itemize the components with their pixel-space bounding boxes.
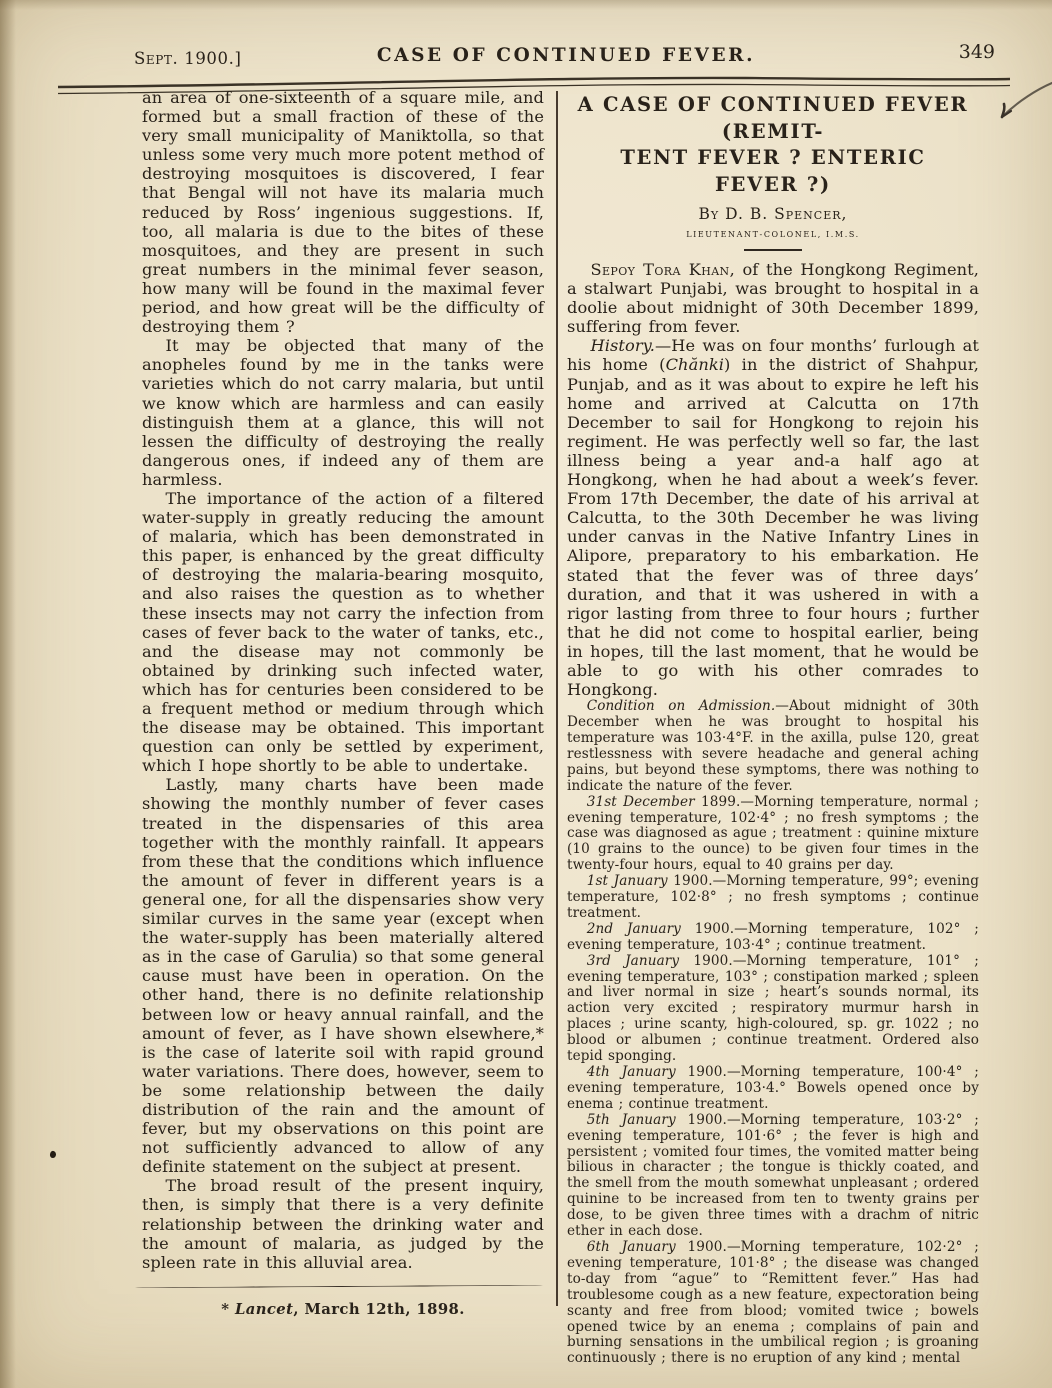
- italic-text-segment: 31st December: [587, 794, 695, 810]
- footnote-rule: [134, 1285, 544, 1289]
- paragraph: 5th January 1900.—Morning temperature, 1…: [567, 1113, 979, 1240]
- italic-text-segment: 4th January: [587, 1064, 676, 1080]
- right-column: A CASE OF CONTINUED FEVER (REMIT- TENT F…: [567, 92, 979, 1367]
- paragraph: 1st January 1900.—Morning temperature, 9…: [567, 874, 979, 922]
- paragraph: It may be objected that many of the anop…: [142, 336, 544, 489]
- paragraph: 6th January 1900.—Morning temperature, 1…: [567, 1240, 979, 1367]
- italic-text-segment: 5th January: [587, 1112, 676, 1128]
- footnote-source: Lancet: [235, 1301, 293, 1318]
- right-column-text: Sepoy Tora Khan, of the Hongkong Regimen…: [567, 260, 979, 1367]
- article-title-line1: A CASE OF CONTINUED FEVER (REMIT-: [567, 92, 979, 145]
- text-segment: The importance of the action of a filter…: [142, 489, 544, 775]
- article-title: A CASE OF CONTINUED FEVER (REMIT- TENT F…: [567, 92, 979, 198]
- paragraph: Condition on Admission.—About midnight o…: [567, 699, 979, 794]
- italic-text-segment: 3rd January: [587, 953, 679, 969]
- text-segment: It may be objected that many of the anop…: [142, 336, 544, 489]
- header-page-number: 349: [959, 41, 995, 63]
- text-segment: ) in the district of Shahpur, Punjab, an…: [567, 355, 979, 699]
- italic-text-segment: Chănki: [666, 355, 724, 374]
- smallcaps-text-segment: Sepoy Tora Khan: [590, 260, 729, 279]
- italic-text-segment: 2nd January: [587, 921, 681, 937]
- italic-text-segment: History.: [590, 336, 655, 355]
- paragraph: The importance of the action of a filter…: [142, 489, 544, 775]
- text-segment: Lastly, many charts have been made showi…: [142, 775, 544, 1176]
- header-running-title: CASE OF CONTINUED FEVER.: [140, 45, 992, 66]
- pen-check-mark-icon: [986, 78, 1052, 130]
- text-segment: an area of one-sixteenth of a square mil…: [142, 88, 544, 336]
- journal-page: Sept. 1900.] CASE OF CONTINUED FEVER. 34…: [0, 0, 1052, 1388]
- article-author-rank: Lieutenant-Colonel, I.M.S.: [567, 226, 979, 240]
- article-byline: By D. B. Spencer,: [567, 205, 979, 223]
- footnote-marker: *: [221, 1301, 235, 1318]
- paragraph: Sepoy Tora Khan, of the Hongkong Regimen…: [567, 260, 979, 336]
- page-edge-shadow: [0, 0, 16, 1388]
- paragraph: History.—He was on four months’ furlough…: [567, 336, 979, 699]
- text-segment: The broad result of the present inquiry,…: [142, 1176, 544, 1271]
- text-segment: 1900.—Morning temperature, 101° ; evenin…: [567, 953, 979, 1064]
- paragraph: The broad result of the present inquiry,…: [142, 1176, 544, 1271]
- footnote: * Lancet, March 12th, 1898.: [142, 1301, 544, 1318]
- paragraph: 4th January 1900.—Morning temperature, 1…: [567, 1065, 979, 1113]
- text-segment: 1900.—Morning temperature, 102·2° ; even…: [567, 1239, 979, 1366]
- paragraph: Lastly, many charts have been made showi…: [142, 775, 544, 1176]
- italic-text-segment: Condition on Admission.: [587, 698, 776, 714]
- footnote-rest: , March 12th, 1898.: [293, 1301, 464, 1318]
- paragraph: 3rd January 1900.—Morning temperature, 1…: [567, 954, 979, 1065]
- ink-spot: [49, 1150, 57, 1159]
- column-divider-rule: [556, 91, 558, 1306]
- article-title-line2: TENT FEVER ? ENTERIC FEVER ?): [567, 145, 979, 198]
- text-segment: 1900.—Morning temperature, 103·2° ; even…: [567, 1112, 979, 1239]
- left-column-text: an area of one-sixteenth of a square mil…: [142, 88, 544, 1272]
- paragraph: 2nd January 1900.—Morning temperature, 1…: [567, 922, 979, 954]
- paragraph: 31st December 1899.—Morning temperature,…: [567, 795, 979, 875]
- page-top-shadow: [0, 0, 1052, 10]
- paragraph: an area of one-sixteenth of a square mil…: [142, 88, 544, 336]
- italic-text-segment: 1st January: [587, 873, 668, 889]
- italic-text-segment: 6th January: [587, 1239, 676, 1255]
- section-rule: [744, 249, 802, 251]
